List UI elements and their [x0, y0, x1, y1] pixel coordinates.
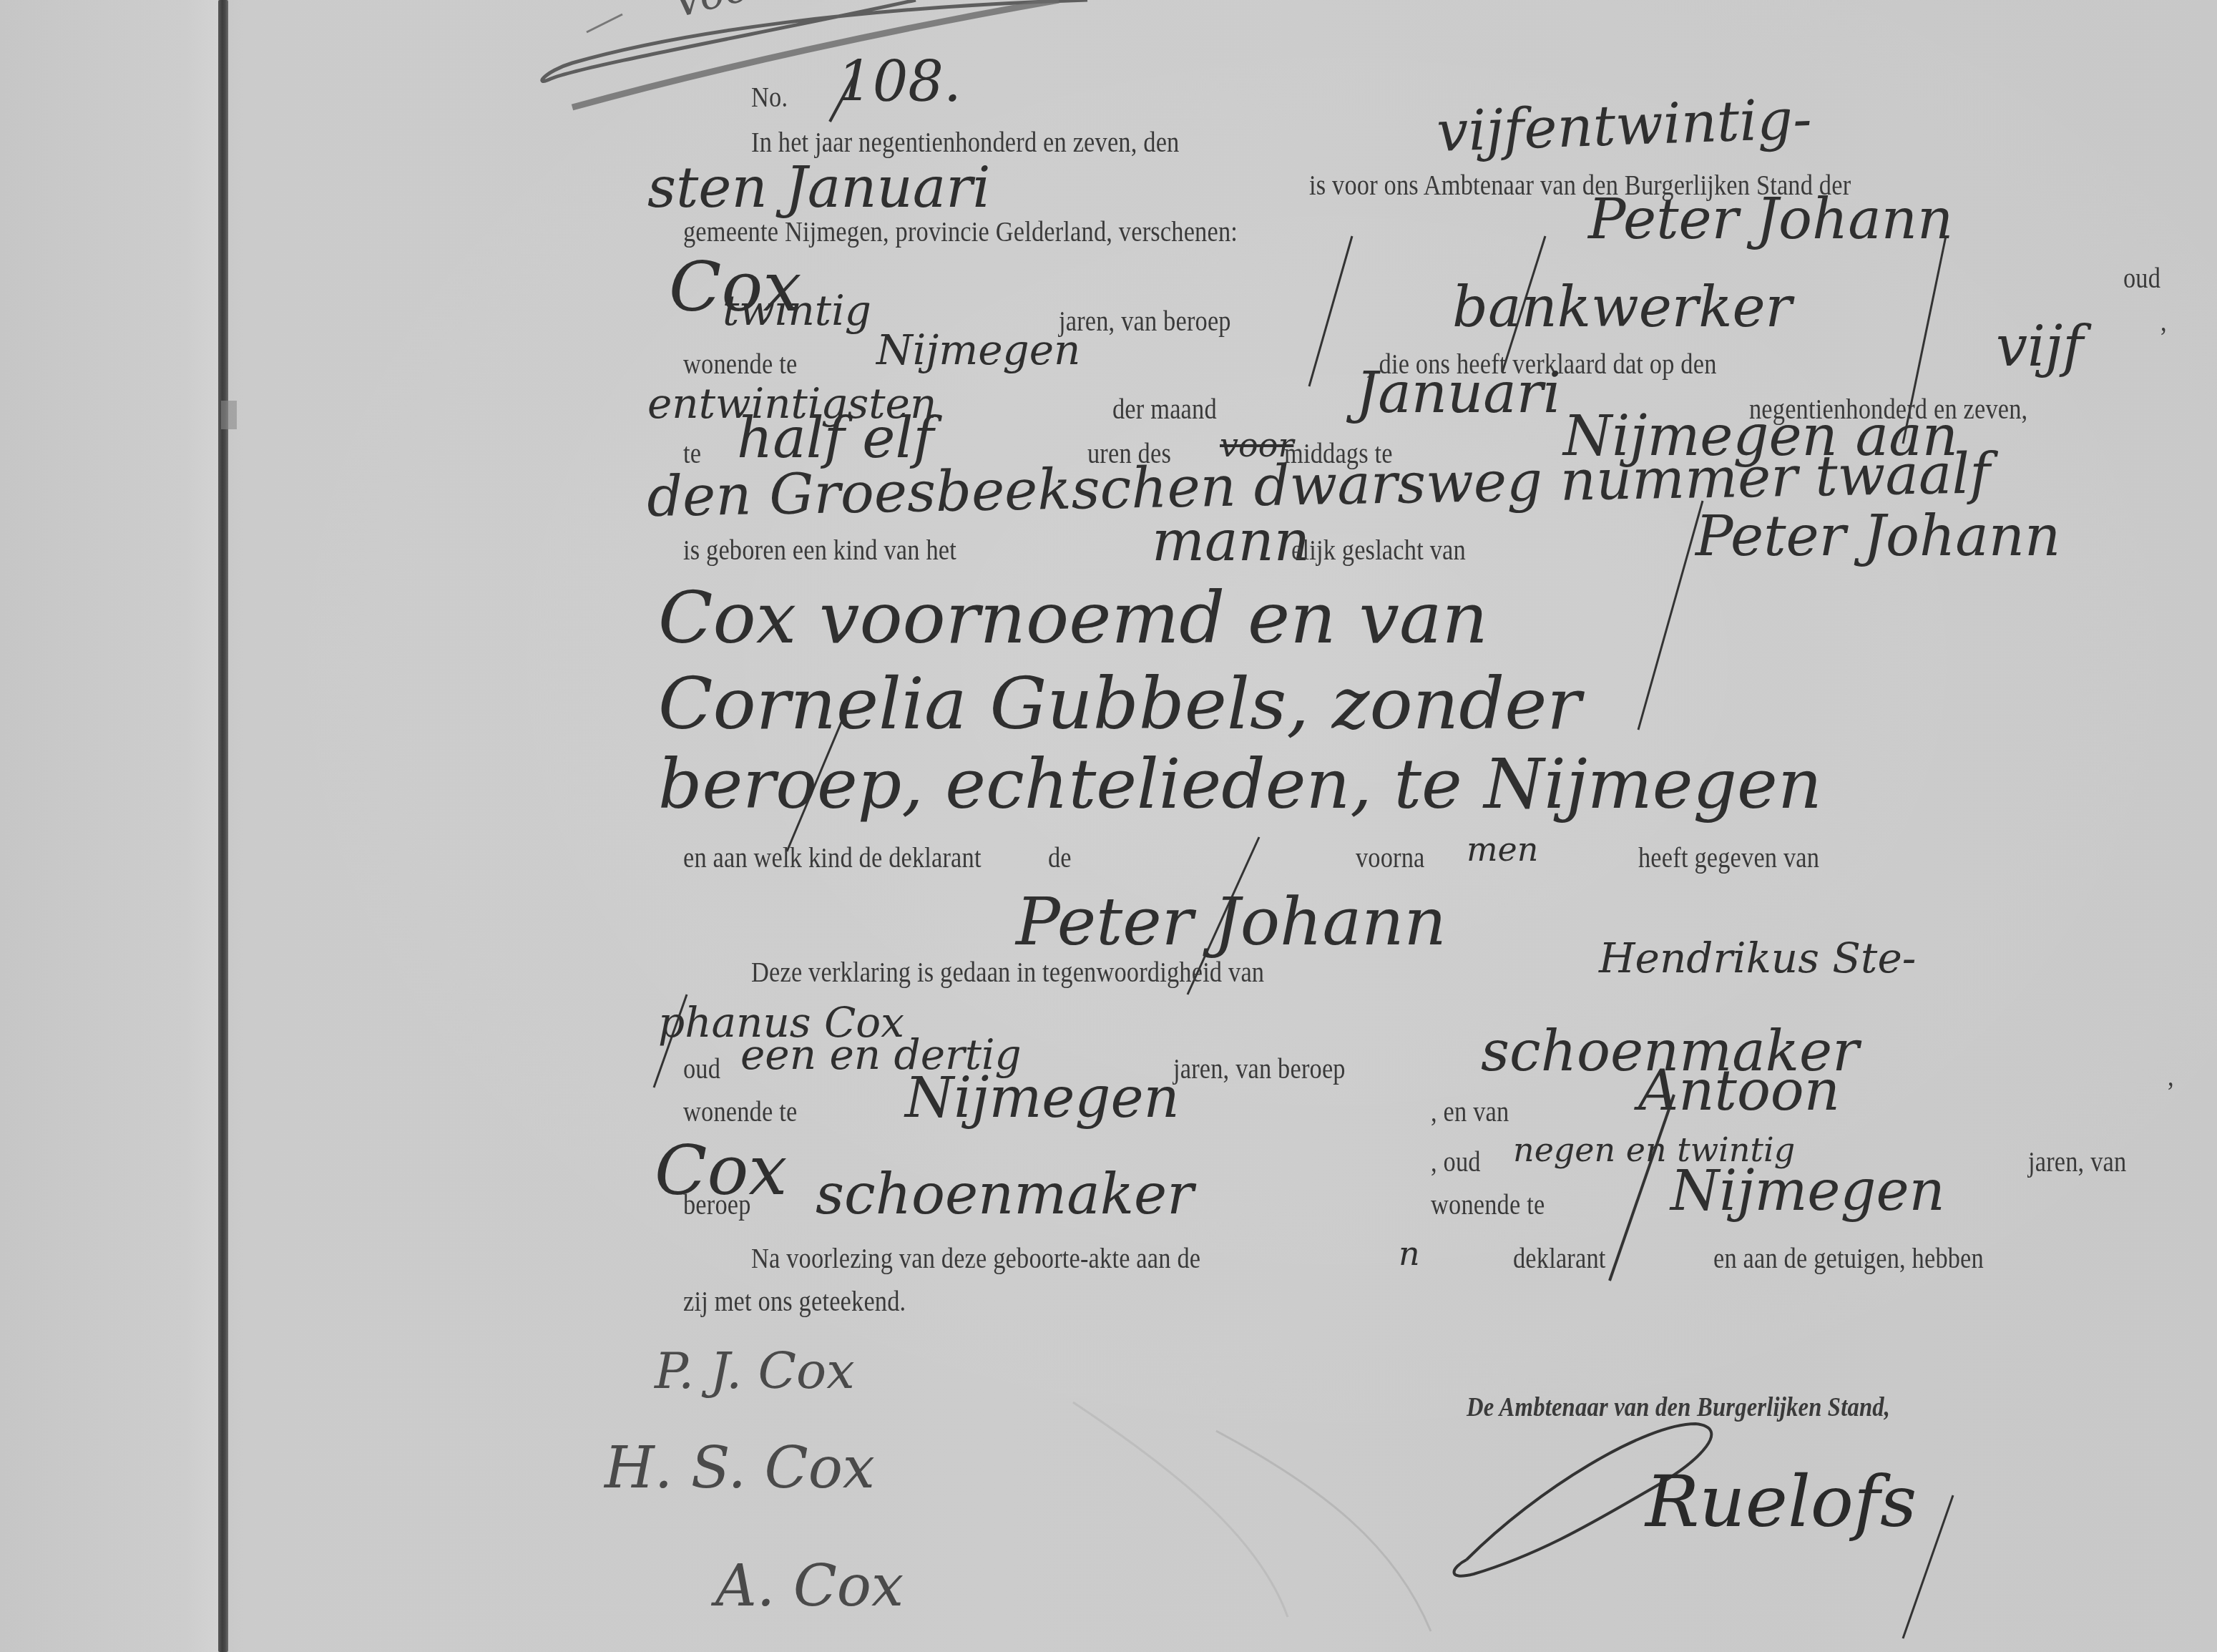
left-facing-page	[0, 0, 218, 1652]
print-line-10b: elijk geslacht van	[1291, 533, 1466, 567]
print-line-10a: is geboren een kind van het	[683, 533, 956, 567]
print-comma: ,	[2160, 304, 2167, 338]
hand-parents-status-residence: beroep, echtelieden, te Nijmegen	[658, 744, 1822, 824]
hand-voornamen-suffix: men	[1467, 830, 1538, 869]
print-line-21c: en aan de getuigen, hebben	[1713, 1241, 1984, 1275]
hand-witness2-residence: Nijmegen	[1670, 1159, 1945, 1223]
hand-birth-month: Januari	[1356, 361, 1561, 426]
hand-declarant-occupation: bankwerker	[1452, 275, 1792, 340]
signature-declarant: P. J. Cox	[655, 1341, 855, 1400]
hand-day-1: vijfentwintig-	[1436, 87, 1813, 165]
print-line-6a: wonende te	[683, 347, 797, 381]
hand-child-given-names: Peter Johann	[1016, 884, 1447, 960]
binding-tear	[221, 401, 237, 429]
print-oud-2: oud	[683, 1052, 720, 1085]
print-line-14d: heeft gegeven van	[1638, 841, 1819, 874]
hand-witness2-occupation: schoenmaker	[816, 1163, 1193, 1227]
hand-father-surname-mother-intro: Cox voornoemd en van	[658, 576, 1488, 660]
print-oud: oud	[2123, 261, 2160, 295]
print-voorna: voorna	[1356, 841, 1425, 874]
hand-declarant-name: Peter Johann	[1588, 187, 1953, 252]
signature-witness-2: A. Cox	[715, 1553, 904, 1619]
print-line-5: jaren, van beroep	[1059, 304, 1231, 338]
print-line-18a: wonende te	[683, 1095, 797, 1128]
hand-father-name: Peter Johann	[1695, 504, 2060, 569]
signature-official: Ruelofs	[1645, 1460, 1917, 1543]
print-deklarant: deklarant	[1513, 1241, 1606, 1275]
print-line-3: gemeente Nijmegen, provincie Gelderland,…	[683, 215, 1238, 248]
print-comma-2: ,	[2168, 1059, 2174, 1093]
hand-mother-name: Cornelia Gubbels, zonder	[658, 662, 1581, 746]
hand-declarant-age: twintig	[723, 286, 871, 335]
hand-declarant-residence: Nijmegen	[876, 326, 1080, 374]
print-de: de	[1048, 841, 1072, 874]
certificate-number-value: 108.	[837, 50, 961, 114]
hand-day-2: sten Januari	[647, 156, 991, 220]
hand-birth-day-1: vijf	[1996, 315, 2083, 379]
signature-witness-1: H. S. Cox	[605, 1434, 875, 1501]
certificate-number-label: No.	[751, 80, 788, 114]
hand-witness1-name-1: Hendrikus Ste-	[1599, 934, 1916, 982]
print-line-1: In het jaar negentienhonderd en zeven, d…	[751, 125, 1179, 159]
print-en-van: , en van	[1431, 1095, 1509, 1128]
print-der-maand: der maand	[1112, 392, 1217, 426]
print-line-17b: jaren, van beroep	[1173, 1052, 1346, 1085]
hand-child-sex: mann	[1152, 509, 1310, 574]
print-beroep: beroep	[683, 1188, 751, 1221]
print-wonende-te: wonende te	[1431, 1188, 1545, 1221]
print-line-22: zij met ons geteekend.	[683, 1284, 906, 1318]
book-binding-gutter	[218, 0, 228, 1652]
print-oud-3: , oud	[1431, 1145, 1481, 1178]
print-line-21a: Na voorlezing van deze geboorte-akte aan…	[751, 1241, 1200, 1275]
print-line-15: Deze verklaring is gedaan in tegenwoordi…	[751, 955, 1264, 989]
hand-witness1-residence: Nijmegen	[905, 1066, 1180, 1130]
hand-witness2-firstname: Antoon	[1638, 1059, 1840, 1123]
hand-den-suffix: n	[1399, 1234, 1420, 1273]
official-title: De Ambtenaar van den Burgerlijken Stand,	[1467, 1392, 1890, 1423]
print-line-14a: en aan welk kind de deklarant	[683, 841, 982, 874]
print-line-19b: jaren, van	[2028, 1145, 2126, 1178]
